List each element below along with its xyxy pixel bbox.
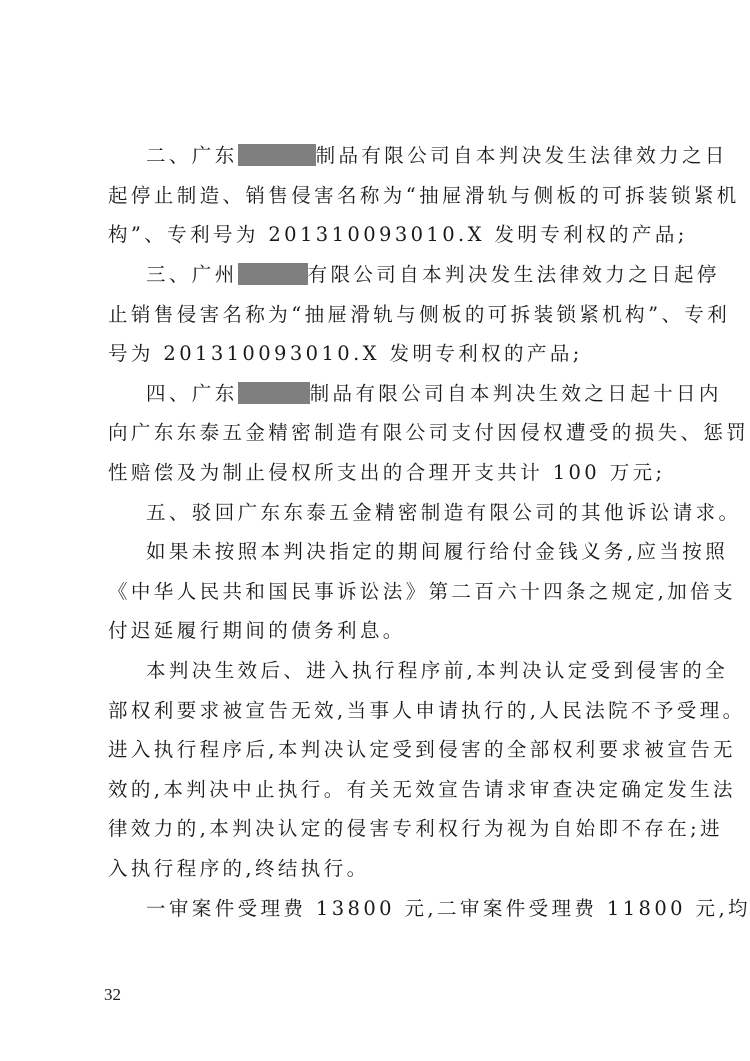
text: 四、广东 — [146, 382, 238, 405]
paragraph-execution-line-2: 部权利要求被宣告无效,当事人申请执行的,人民法院不予受理。 — [108, 698, 668, 724]
paragraph-execution-line-6: 入执行程序的,终结执行。 — [108, 856, 668, 882]
paragraph-item-3-line-1: 三、广州有限公司自本判决发生法律效力之日起停 — [146, 262, 706, 288]
text: 制品有限公司自本判决发生法律效力之日 — [316, 144, 728, 167]
page-number: 32 — [104, 985, 121, 1005]
paragraph-interest-line-2: 《中华人民共和国民事诉讼法》第二百六十四条之规定,加倍支 — [108, 579, 668, 605]
text: 有限公司自本判决发生法律效力之日起停 — [308, 263, 720, 286]
paragraph-fees-line-1: 一审案件受理费 13800 元,二审案件受理费 11800 元,均由 — [146, 896, 706, 922]
paragraph-execution-line-1: 本判决生效后、进入执行程序前,本判决认定受到侵害的全 — [146, 658, 706, 684]
paragraph-interest-line-1: 如果未按照本判决指定的期间履行给付金钱义务,应当按照 — [146, 539, 706, 565]
paragraph-item-4-line-1: 四、广东制品有限公司自本判决生效之日起十日内 — [146, 381, 706, 407]
document-page: 二、广东制品有限公司自本判决发生法律效力之日 起停止制造、销售侵害名称为“抽屉滑… — [0, 0, 750, 1061]
paragraph-interest-line-3: 付迟延履行期间的债务利息。 — [108, 618, 668, 644]
paragraph-item-4-line-3: 性赔偿及为制止侵权所支出的合理开支共计 100 万元; — [108, 460, 668, 486]
paragraph-item-2-line-2: 起停止制造、销售侵害名称为“抽屉滑轨与侧板的可拆装锁紧机 — [108, 183, 668, 209]
paragraph-item-2-line-1: 二、广东制品有限公司自本判决发生法律效力之日 — [146, 143, 706, 169]
redaction-block — [238, 144, 316, 166]
paragraph-item-5-line-1: 五、驳回广东东泰五金精密制造有限公司的其他诉讼请求。 — [146, 500, 706, 526]
paragraph-item-3-line-2: 止销售侵害名称为“抽屉滑轨与侧板的可拆装锁紧机构”、专利 — [108, 302, 668, 328]
paragraph-execution-line-4: 效的,本判决中止执行。有关无效宣告请求审查决定确定发生法 — [108, 777, 668, 803]
paragraph-item-2-line-3: 构”、专利号为 201310093010.X 发明专利权的产品; — [108, 222, 668, 248]
paragraph-execution-line-5: 律效力的,本判决认定的侵害专利权行为视为自始即不存在;进 — [108, 816, 668, 842]
text: 制品有限公司自本判决生效之日起十日内 — [310, 382, 722, 405]
paragraph-item-4-line-2: 向广东东泰五金精密制造有限公司支付因侵权遭受的损失、惩罚 — [108, 420, 668, 446]
redaction-block — [238, 263, 308, 285]
redaction-block — [238, 382, 310, 404]
text: 二、广东 — [146, 144, 238, 167]
paragraph-execution-line-3: 进入执行程序后,本判决认定受到侵害的全部权利要求被宣告无 — [108, 737, 668, 763]
paragraph-item-3-line-3: 号为 201310093010.X 发明专利权的产品; — [108, 341, 668, 367]
text: 三、广州 — [146, 263, 238, 286]
